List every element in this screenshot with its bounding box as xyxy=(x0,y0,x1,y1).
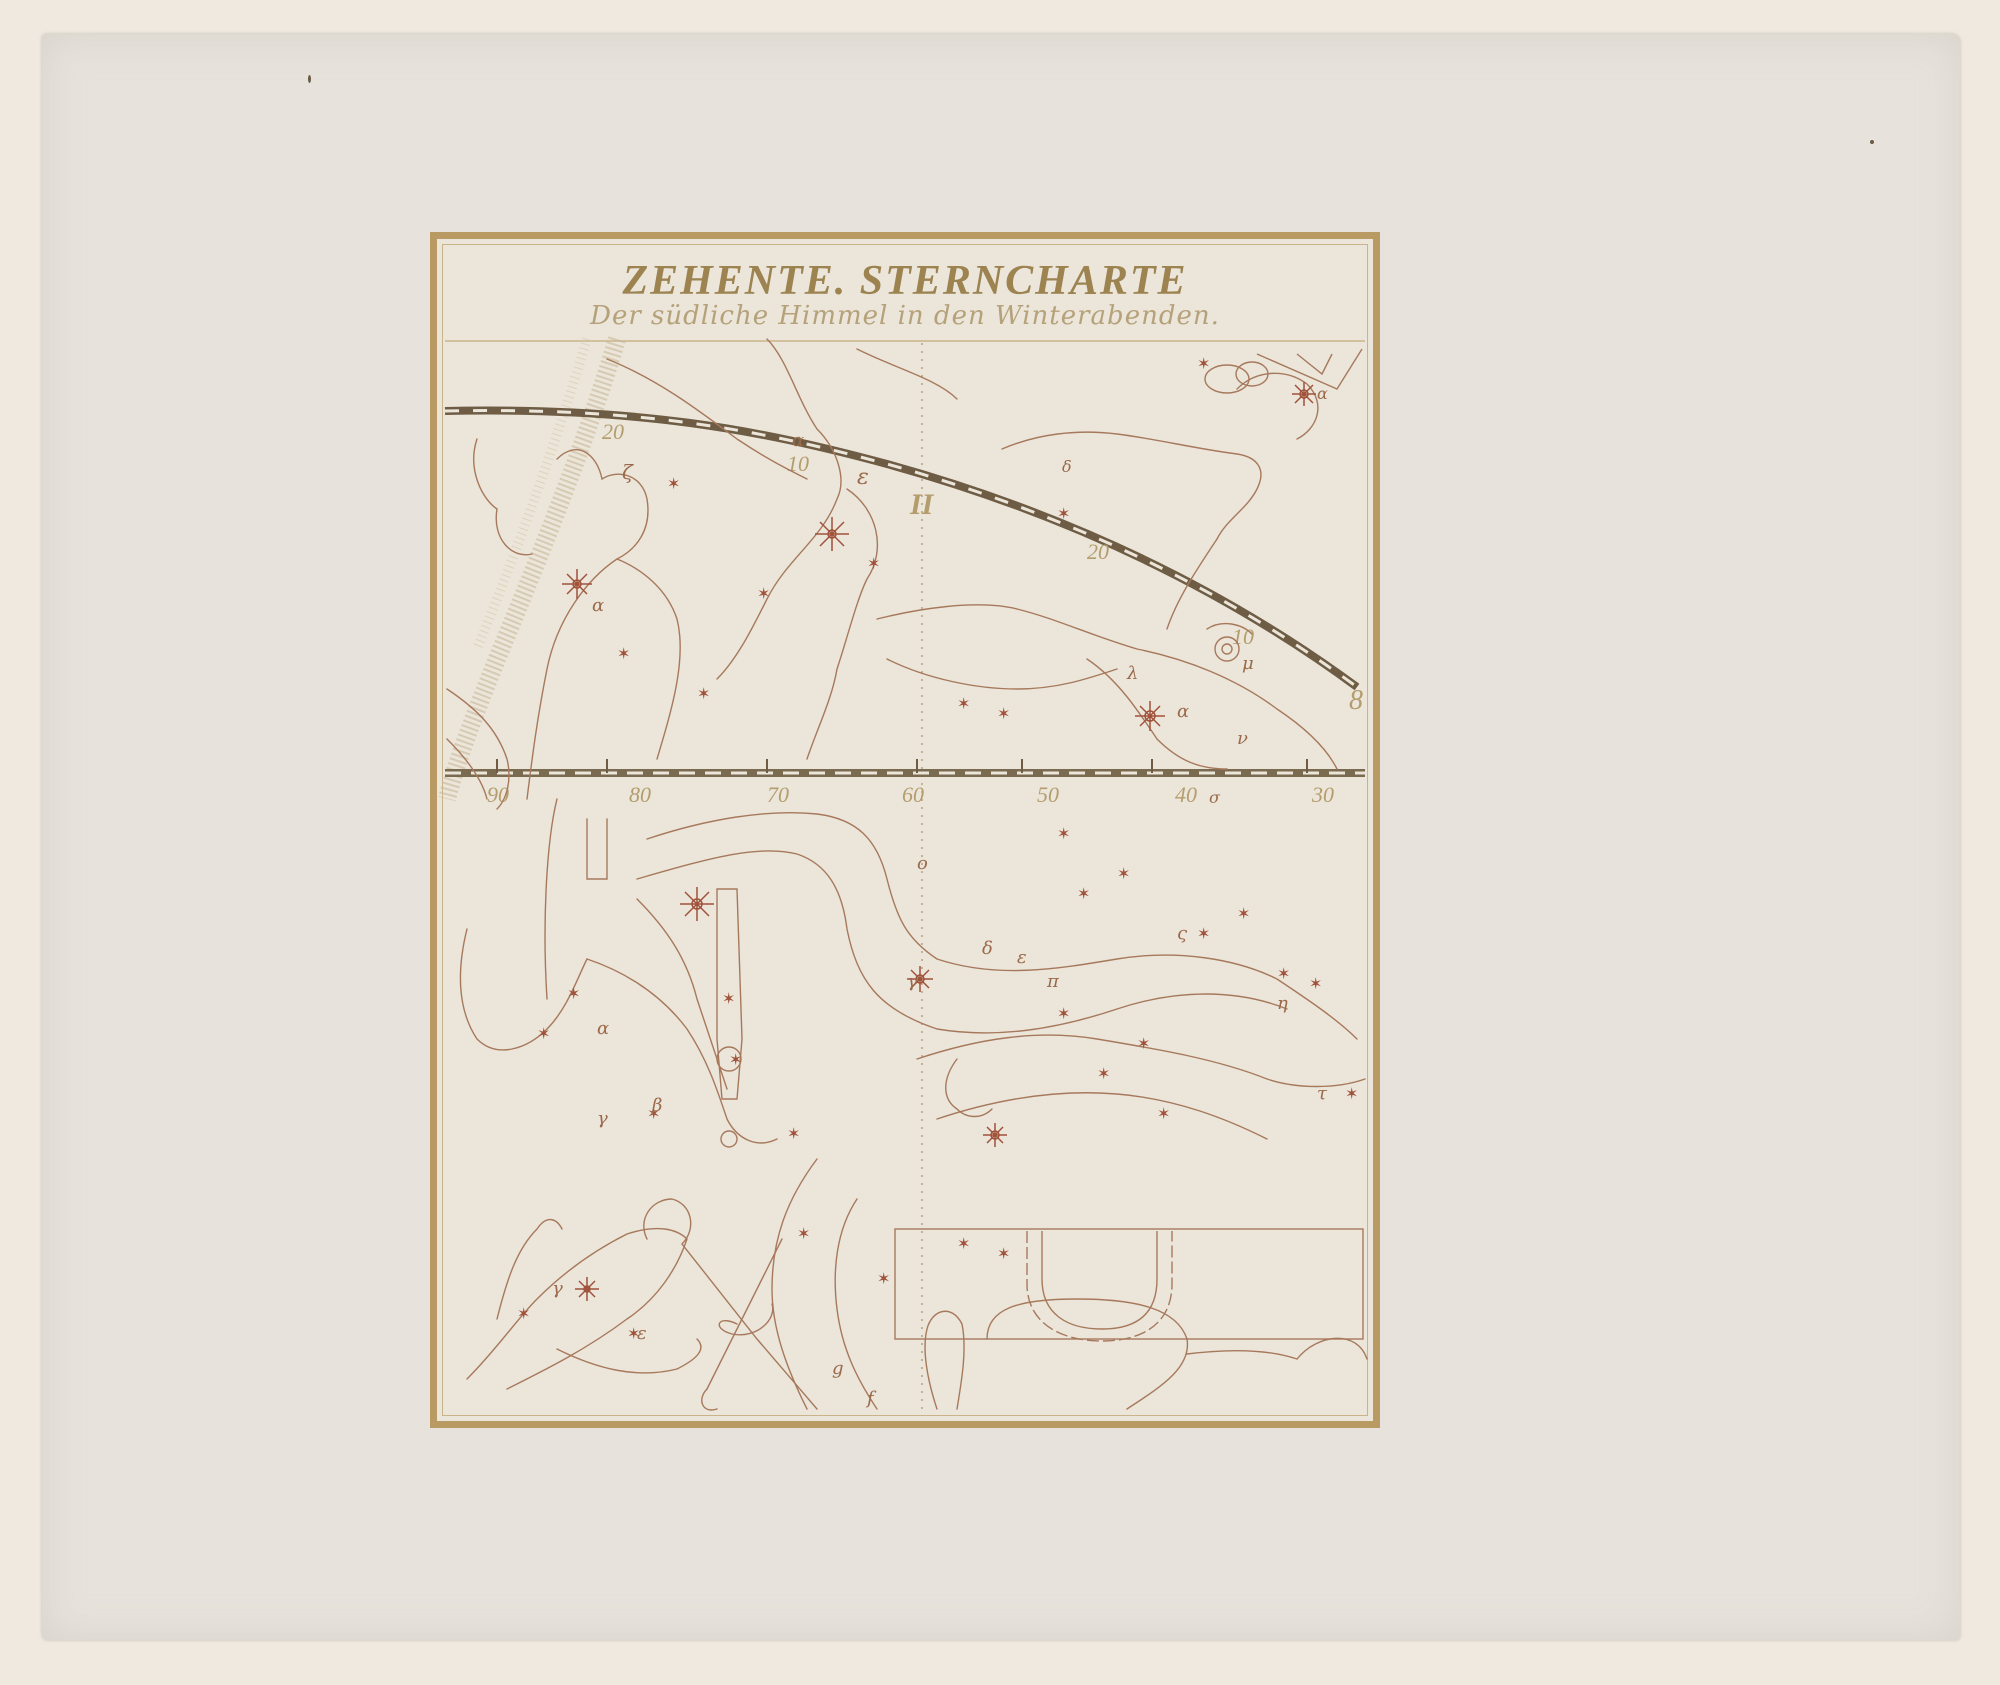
constellation-figures xyxy=(447,339,1367,1410)
svg-text:✶: ✶ xyxy=(1197,924,1210,943)
equator-label-60: 60 xyxy=(902,782,924,807)
star-chart-drawing: 20 10 20 10 II 8 90 80 70 60 50 40 30 xyxy=(437,239,1373,1421)
svg-text:✶: ✶ xyxy=(729,1050,742,1069)
svg-text:✶: ✶ xyxy=(757,584,770,603)
label-eridanus-epsilon: ε xyxy=(1017,947,1027,968)
label-lepus-gamma: γ xyxy=(597,1108,608,1129)
bottom-lobes xyxy=(925,1299,1367,1409)
svg-text:✶: ✶ xyxy=(1345,1084,1358,1103)
label-eridanus-gamma: γ xyxy=(907,971,918,992)
greek-labels: α α ε ζ α δ α λ μ ν γ δ ε η π ς τ ο α β … xyxy=(552,384,1328,1409)
label-eridanus-tau: τ xyxy=(1317,1083,1328,1104)
svg-text:✶: ✶ xyxy=(722,989,735,1008)
label-aries-alpha: α xyxy=(1317,384,1328,403)
star-hamal xyxy=(1292,382,1316,406)
svg-text:✶: ✶ xyxy=(1277,964,1290,983)
label-cetus-alpha: α xyxy=(1177,701,1189,722)
label-equator-sigma: σ xyxy=(1209,788,1221,807)
label-taurus-epsilon: ε xyxy=(857,465,869,490)
equator-label-50: 50 xyxy=(1037,782,1059,807)
equator-label-80: 80 xyxy=(629,782,651,807)
equator-label-30: 30 xyxy=(1311,782,1334,807)
star-rigel xyxy=(680,887,714,921)
svg-text:✶: ✶ xyxy=(1117,864,1130,883)
label-eridanus-eta: η xyxy=(1277,993,1288,1014)
label-eridanus-omicron: ο xyxy=(917,853,928,874)
svg-text:✶: ✶ xyxy=(1057,824,1070,843)
label-cetus-lambda: λ xyxy=(1126,663,1138,684)
svg-text:✶: ✶ xyxy=(617,644,630,663)
label-lepus-alpha: α xyxy=(597,1018,609,1039)
ecliptic-label-20b: 20 xyxy=(1087,539,1109,564)
label-aries-delta: δ xyxy=(1062,457,1072,476)
stars: ✶✶✶ ✶✶✶ ✶✶✶ ✶✶✶ ✶✶✶ ✶✶✶ ✶✶✶ ✶✶✶ ✶✶✶ ✶✶✶ … xyxy=(517,354,1358,1343)
river-end-figure xyxy=(772,1159,877,1409)
equator-label-70: 70 xyxy=(767,782,789,807)
label-columba-gamma: γ xyxy=(552,1278,563,1299)
svg-text:✶: ✶ xyxy=(997,1244,1010,1263)
svg-text:✶: ✶ xyxy=(877,1269,890,1288)
equator-scale: 90 80 70 60 50 40 30 xyxy=(445,759,1365,807)
label-taurus-alpha: α xyxy=(792,430,804,451)
minor-stars: ✶✶✶ ✶✶✶ ✶✶✶ ✶✶✶ ✶✶✶ ✶✶✶ ✶✶✶ ✶✶✶ ✶✶✶ ✶✶✶ … xyxy=(517,354,1358,1343)
columba-figure xyxy=(467,1220,701,1389)
label-eridanus-delta: δ xyxy=(982,938,993,959)
svg-text:✶: ✶ xyxy=(1197,354,1210,373)
label-cetus-nu: ν xyxy=(1237,728,1248,749)
svg-text:✶: ✶ xyxy=(1057,1004,1070,1023)
aries-figure xyxy=(1002,373,1318,629)
svg-text:✶: ✶ xyxy=(957,1234,970,1253)
gemini-sign: II xyxy=(909,488,935,521)
star-columba-alpha xyxy=(575,1277,599,1301)
label-eridanus-stigma: ς xyxy=(1177,923,1188,944)
label-lepus-beta: β xyxy=(651,1095,662,1116)
eridanus-figure xyxy=(637,813,1357,1039)
taurus-figure xyxy=(607,339,957,759)
svg-text:✶: ✶ xyxy=(697,684,710,703)
svg-text:✶: ✶ xyxy=(517,1304,530,1323)
svg-text:✶: ✶ xyxy=(1237,904,1250,923)
svg-text:✶: ✶ xyxy=(1077,884,1090,903)
svg-text:✶: ✶ xyxy=(1309,974,1322,993)
orion-figure xyxy=(474,439,680,999)
label-cetus-mu: μ xyxy=(1242,653,1254,674)
ecliptic-label-10a: 10 xyxy=(787,451,809,476)
label-orion-alpha: α xyxy=(592,595,604,616)
triangulum-figure xyxy=(1205,349,1362,393)
sceptrum-figure xyxy=(717,889,742,1147)
svg-text:✶: ✶ xyxy=(1057,504,1070,523)
svg-text:✶: ✶ xyxy=(567,984,580,1003)
label-taurus-zeta: ζ xyxy=(622,460,634,484)
svg-text:✶: ✶ xyxy=(1097,1064,1110,1083)
star-menkar xyxy=(1135,701,1165,731)
label-columba-epsilon: ε xyxy=(637,1323,647,1344)
svg-text:✶: ✶ xyxy=(1157,1104,1170,1123)
svg-text:✶: ✶ xyxy=(867,554,880,573)
svg-text:✶: ✶ xyxy=(667,474,680,493)
svg-text:✶: ✶ xyxy=(997,704,1010,723)
label-eridanus-pi: π xyxy=(1046,971,1060,992)
taurus-sign: 8 xyxy=(1349,685,1363,716)
star-betelgeuse xyxy=(562,569,592,599)
svg-text:✶: ✶ xyxy=(537,1024,550,1043)
paper-speck xyxy=(308,75,311,83)
star-paw xyxy=(983,1123,1007,1147)
ecliptic-label-20a: 20 xyxy=(602,419,624,444)
equator-label-40: 40 xyxy=(1175,782,1197,807)
svg-text:✶: ✶ xyxy=(797,1224,810,1243)
svg-text:✶: ✶ xyxy=(787,1124,800,1143)
star-aldebaran xyxy=(815,517,849,551)
chart-frame: ZEHENTE. STERNCHARTE Der südliche Himmel… xyxy=(430,232,1380,1428)
ecliptic-scale: 20 10 20 10 II 8 xyxy=(445,411,1363,716)
paper-speck xyxy=(1870,140,1874,144)
lepus-figure xyxy=(460,899,777,1143)
label-g: g xyxy=(832,1358,844,1379)
svg-text:✶: ✶ xyxy=(957,694,970,713)
svg-text:✶: ✶ xyxy=(1137,1034,1150,1053)
